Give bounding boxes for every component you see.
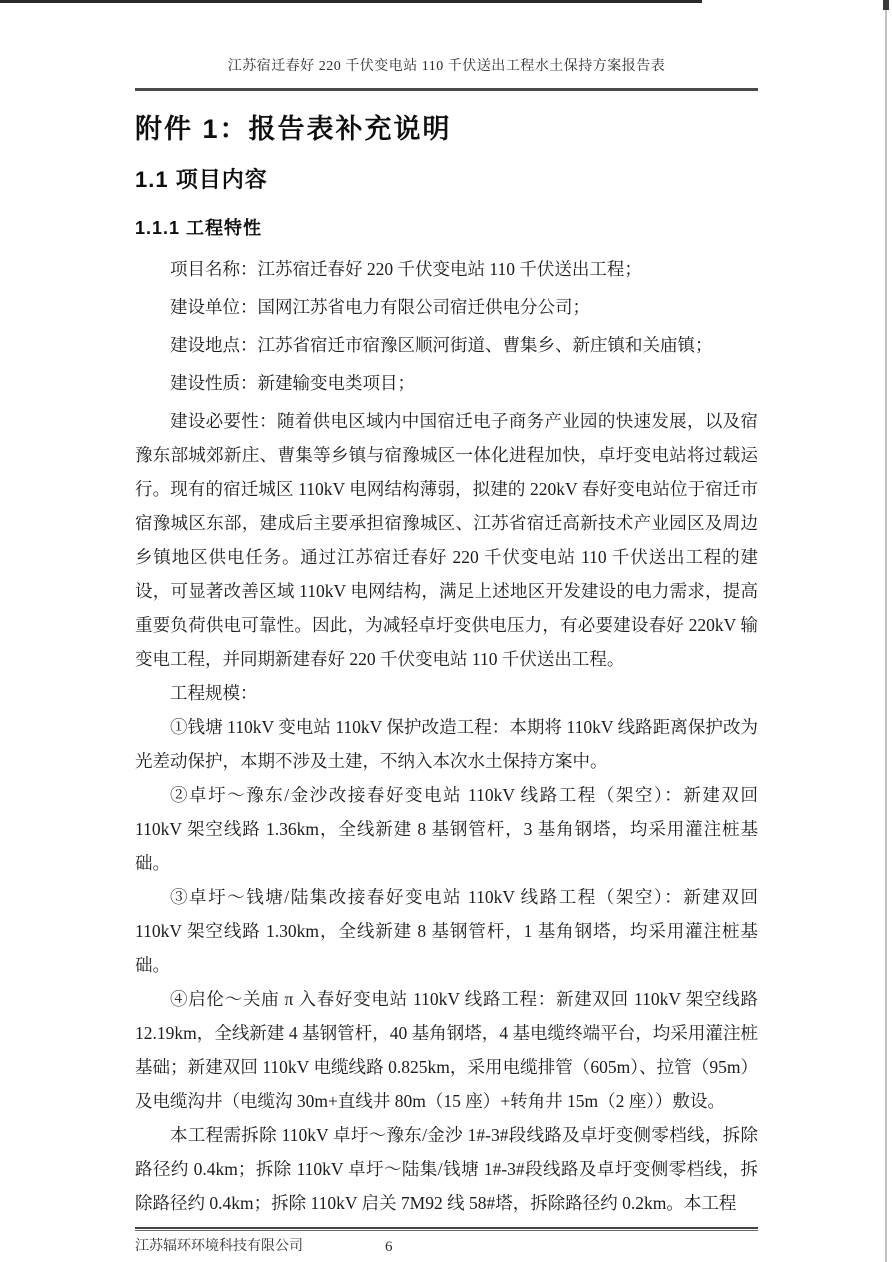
body-paragraphs: 项目名称：江苏宿迁春好 220 千伏变电站 110 千伏送出工程； 建设单位：国…	[135, 252, 758, 1220]
paragraph-demolition: 本工程需拆除 110kV 卓圩～豫东/金沙 1#-3#段线路及卓圩变侧零档线，拆…	[135, 1118, 758, 1220]
paragraph-scale-label: 工程规模：	[135, 676, 758, 710]
paragraph-item-1: ①钱塘 110kV 变电站 110kV 保护改造工程：本期将 110kV 线路距…	[135, 710, 758, 778]
page-content: 江苏宿迁春好 220 千伏变电站 110 千伏送出工程水土保持方案报告表 附件 …	[135, 0, 758, 1257]
paragraph-necessity: 建设必要性：随着供电区域内中国宿迁电子商务产业园的快速发展，以及宿豫东部城郊新庄…	[135, 404, 758, 676]
section-heading-1-1: 1.1 项目内容	[135, 166, 758, 194]
subsection-heading-1-1-1: 1.1.1 工程特性	[135, 216, 758, 241]
scan-right-edge	[885, 0, 887, 1262]
paragraph-project-name: 项目名称：江苏宿迁春好 220 千伏变电站 110 千伏送出工程；	[135, 252, 758, 286]
paragraph-location: 建设地点：江苏省宿迁市宿豫区顺河街道、曹集乡、新庄镇和关庙镇；	[135, 328, 758, 362]
paragraph-builder: 建设单位：国网江苏省电力有限公司宿迁供电分公司；	[135, 290, 758, 324]
paragraph-item-2: ②卓圩～豫东/金沙改接春好变电站 110kV 线路工程（架空）：新建双回 110…	[135, 778, 758, 880]
page-footer: 江苏辐环环境科技有限公司 6	[135, 1237, 758, 1257]
scan-corner-mark	[883, 0, 889, 10]
running-header-title: 江苏宿迁春好 220 千伏变电站 110 千伏送出工程水土保持方案报告表	[135, 0, 758, 78]
paragraph-item-3: ③卓圩～钱塘/陆集改接春好变电站 110kV 线路工程（架空）：新建双回 110…	[135, 880, 758, 982]
footer-company: 江苏辐环环境科技有限公司	[135, 1237, 303, 1257]
header-rule	[135, 88, 758, 91]
paragraph-nature: 建设性质：新建输变电类项目；	[135, 366, 758, 400]
paragraph-item-4: ④启伦～关庙 π 入春好变电站 110kV 线路工程：新建双回 110kV 架空…	[135, 982, 758, 1118]
footer-rule	[135, 1227, 758, 1231]
page-number: 6	[385, 1237, 393, 1257]
attachment-heading: 附件 1：报告表补充说明	[135, 112, 758, 146]
